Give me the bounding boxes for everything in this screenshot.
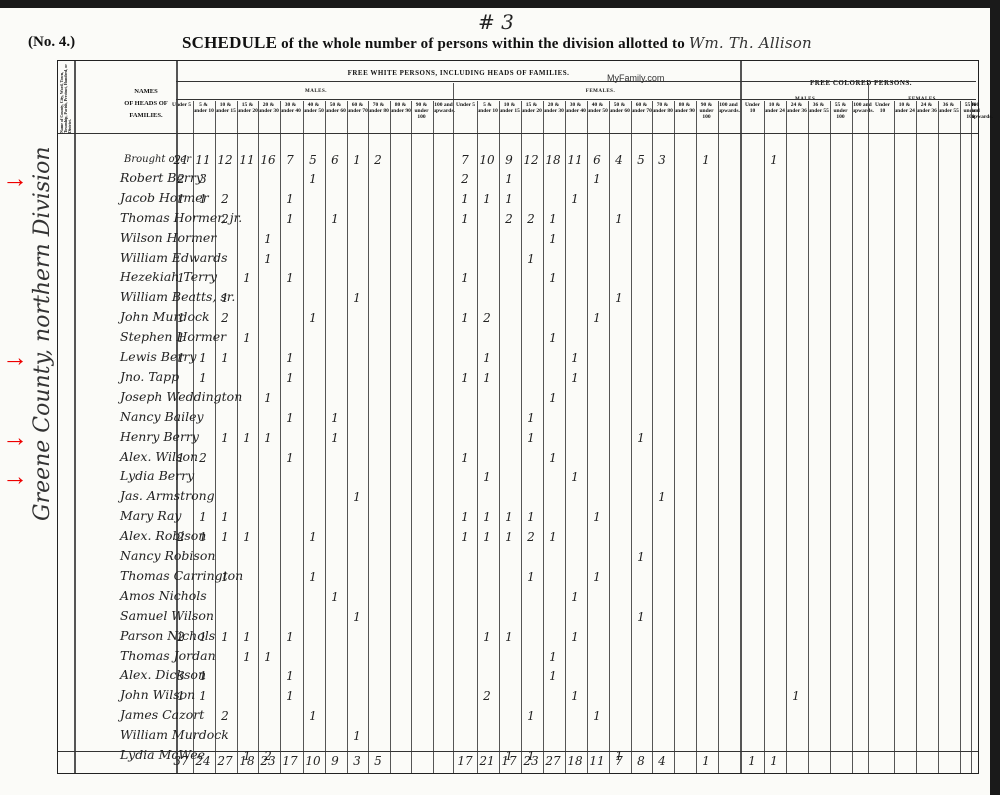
- count-cell: 2: [171, 172, 191, 186]
- count-cell: 2: [171, 630, 191, 644]
- count-cell: 1: [455, 530, 475, 544]
- count-cell: 1: [543, 451, 563, 465]
- schedule-table: Name of County, City, Ward, Town, Townsh…: [57, 60, 979, 774]
- count-cell: 12: [521, 153, 541, 167]
- count-cell: 1: [171, 311, 191, 325]
- age-column-header: 100 and upwards.: [433, 102, 454, 132]
- count-cell: 5: [631, 153, 651, 167]
- age-column-header: Under 10: [872, 102, 893, 132]
- column-rule: [938, 101, 939, 773]
- count-cell: 17: [499, 754, 519, 768]
- count-cell: 3: [171, 669, 191, 683]
- count-cell: 1: [543, 271, 563, 285]
- count-cell: 6: [587, 153, 607, 167]
- count-cell: 27: [215, 754, 235, 768]
- count-cell: 1: [303, 172, 323, 186]
- count-cell: 1: [215, 351, 235, 365]
- count-cell: 1: [499, 530, 519, 544]
- red-arrow-icon: →: [2, 169, 28, 189]
- count-cell: 1: [565, 470, 585, 484]
- count-cell: 1: [521, 431, 541, 445]
- age-column-header: 55 & under 100: [830, 102, 851, 132]
- count-cell: 2: [215, 212, 235, 226]
- count-cell: 1: [280, 271, 300, 285]
- count-cell: 1: [455, 271, 475, 285]
- enumerator-name: Wm. Th. Allison: [689, 34, 812, 52]
- count-cell: 1: [280, 630, 300, 644]
- column-rule: [740, 61, 742, 773]
- count-cell: 1: [347, 291, 367, 305]
- count-cell: 1: [171, 192, 191, 206]
- count-cell: 3: [193, 172, 213, 186]
- age-column-header: 60 & under 70: [631, 102, 652, 132]
- column-rule: [696, 101, 697, 773]
- title-prefix: SCHEDULE: [182, 33, 277, 52]
- count-cell: 1: [193, 689, 213, 703]
- count-cell: 1: [455, 192, 475, 206]
- white-females-header: FEMALES.: [458, 89, 743, 94]
- count-cell: 1: [258, 252, 278, 266]
- count-cell: 3: [347, 754, 367, 768]
- names-header-title: NAMES: [118, 86, 174, 98]
- count-cell: 1: [303, 530, 323, 544]
- count-cell: 1: [786, 689, 806, 703]
- count-cell: 1: [455, 371, 475, 385]
- count-cell: 11: [565, 153, 585, 167]
- count-cell: 1: [193, 371, 213, 385]
- count-cell: 7: [455, 153, 475, 167]
- count-cell: 11: [587, 754, 607, 768]
- count-cell: 1: [587, 570, 607, 584]
- count-cell: 9: [499, 153, 519, 167]
- count-cell: 2: [368, 153, 388, 167]
- head-of-family-name: Samuel Wilson: [120, 608, 214, 623]
- count-cell: 1: [215, 530, 235, 544]
- count-cell: 1: [477, 470, 497, 484]
- count-cell: 2: [215, 192, 235, 206]
- column-rule: [652, 101, 653, 773]
- column-rule: [453, 83, 454, 773]
- count-cell: 2: [499, 212, 519, 226]
- count-cell: 23: [521, 754, 541, 768]
- count-cell: 1: [764, 153, 784, 167]
- head-of-family-name: Nancy Bailey: [120, 409, 204, 424]
- count-cell: 1: [543, 650, 563, 664]
- count-cell: 1: [565, 590, 585, 604]
- count-cell: 1: [696, 754, 716, 768]
- head-of-family-name: James Cazort: [120, 707, 204, 722]
- age-column-header: 30 & under 40: [565, 102, 586, 132]
- count-cell: 1: [543, 212, 563, 226]
- count-cell: 1: [171, 351, 191, 365]
- district-vertical-text: Greene County, northern Division: [30, 146, 55, 521]
- count-cell: 1: [347, 610, 367, 624]
- count-cell: 4: [652, 754, 672, 768]
- count-cell: 2: [455, 172, 475, 186]
- white-males-header: MALES.: [176, 89, 456, 94]
- count-cell: 2: [477, 689, 497, 703]
- count-cell: 1: [521, 252, 541, 266]
- count-cell: 1: [499, 630, 519, 644]
- count-cell: 1: [280, 669, 300, 683]
- column-rule: [368, 101, 369, 773]
- count-cell: 3: [652, 153, 672, 167]
- count-cell: 1: [543, 530, 563, 544]
- count-cell: 17: [280, 754, 300, 768]
- count-cell: 1: [742, 754, 762, 768]
- count-cell: 1: [303, 709, 323, 723]
- count-cell: 1: [565, 689, 585, 703]
- count-cell: 1: [325, 431, 345, 445]
- count-cell: 24: [193, 754, 213, 768]
- count-cell: 1: [280, 212, 300, 226]
- count-cell: 1: [280, 451, 300, 465]
- count-cell: 1: [347, 729, 367, 743]
- head-of-family-name: Jno. Tapp: [120, 369, 179, 384]
- column-rule: [390, 101, 391, 773]
- count-cell: 1: [477, 530, 497, 544]
- count-cell: 1: [258, 391, 278, 405]
- column-rule: [718, 101, 719, 773]
- column-rule: [411, 101, 412, 773]
- count-cell: 11: [237, 153, 257, 167]
- age-column-header: Under 5: [171, 102, 192, 132]
- head-of-family-name: Nancy Robison: [120, 548, 215, 563]
- column-rule: [764, 101, 765, 773]
- count-cell: 1: [543, 232, 563, 246]
- count-cell: 1: [193, 669, 213, 683]
- head-of-family-name: Lydia Berry: [120, 468, 194, 483]
- count-cell: 1: [652, 490, 672, 504]
- count-cell: 1: [631, 550, 651, 564]
- count-cell: 5: [368, 754, 388, 768]
- count-cell: 1: [587, 172, 607, 186]
- count-cell: 1: [521, 709, 541, 723]
- count-cell: 1: [477, 630, 497, 644]
- count-cell: 1: [171, 271, 191, 285]
- count-cell: 2: [171, 530, 191, 544]
- count-cell: 1: [325, 212, 345, 226]
- count-cell: 1: [280, 351, 300, 365]
- schedule-title: SCHEDULE of the whole number of persons …: [182, 33, 812, 53]
- count-cell: 1: [631, 431, 651, 445]
- count-cell: 2: [193, 451, 213, 465]
- column-rule: [852, 101, 853, 773]
- age-column-header: 40 & under 50: [303, 102, 324, 132]
- age-column-header: 5 & under 10: [477, 102, 498, 132]
- scan-edge-top: [0, 0, 1000, 8]
- count-cell: 1: [631, 610, 651, 624]
- form-number: (No. 4.): [28, 34, 75, 51]
- count-cell: 1: [215, 570, 235, 584]
- count-cell: 1: [237, 271, 257, 285]
- count-cell: 7: [280, 153, 300, 167]
- count-cell: 12: [215, 153, 235, 167]
- count-cell: 18: [237, 754, 257, 768]
- count-cell: 1: [303, 570, 323, 584]
- count-cell: 1: [543, 331, 563, 345]
- count-cell: 1: [499, 192, 519, 206]
- count-cell: 1: [521, 411, 541, 425]
- age-column-header: 100 and upwards.: [718, 102, 739, 132]
- count-cell: 21: [171, 153, 191, 167]
- count-cell: 2: [215, 709, 235, 723]
- row-rule: [58, 133, 978, 134]
- age-column-header: 90 & under 100: [411, 102, 432, 132]
- age-column-header: 80 & under 90: [390, 102, 411, 132]
- head-of-family-name: John Murdock: [120, 309, 210, 324]
- age-column-header: Under 10: [742, 102, 763, 132]
- count-cell: 1: [455, 311, 475, 325]
- count-cell: 1: [280, 371, 300, 385]
- count-cell: 1: [237, 431, 257, 445]
- count-cell: 2: [215, 311, 235, 325]
- column-rule: [587, 101, 588, 773]
- count-cell: 1: [455, 451, 475, 465]
- head-of-family-name: Henry Berry: [120, 429, 199, 444]
- head-of-family-name: Mary Ray: [120, 508, 181, 523]
- count-cell: 10: [477, 153, 497, 167]
- age-column-header: 80 & under 90: [674, 102, 695, 132]
- count-cell: 2: [477, 311, 497, 325]
- head-of-family-name: Joseph Weddington: [120, 389, 242, 404]
- page-mark: # 3: [478, 10, 514, 34]
- count-cell: 1: [237, 530, 257, 544]
- head-of-family-name: Thomas Jordan: [120, 648, 216, 663]
- red-arrow-icon: →: [2, 467, 28, 487]
- age-column-header: 30 & under 40: [280, 102, 301, 132]
- age-column-header: 50 & under 60: [609, 102, 630, 132]
- count-cell: 1: [609, 212, 629, 226]
- count-cell: 1: [237, 650, 257, 664]
- watermark: MyFamily.com: [607, 73, 664, 83]
- count-cell: 1: [565, 630, 585, 644]
- count-cell: 1: [696, 153, 716, 167]
- column-rule: [971, 101, 972, 773]
- count-cell: 1: [280, 689, 300, 703]
- age-column-header: 90 & under 100: [696, 102, 717, 132]
- count-cell: 1: [543, 669, 563, 683]
- count-cell: 1: [587, 311, 607, 325]
- count-cell: 1: [237, 630, 257, 644]
- count-cell: 5: [303, 153, 323, 167]
- count-cell: 1: [477, 192, 497, 206]
- district-header: Name of County, City, Ward, Town, Townsh…: [60, 63, 72, 133]
- head-of-family-name: William Edwards: [120, 250, 228, 265]
- age-column-header: 40 & under 50: [587, 102, 608, 132]
- count-cell: 7: [609, 754, 629, 768]
- count-cell: 1: [499, 510, 519, 524]
- count-cell: 1: [477, 371, 497, 385]
- column-rule: [868, 83, 869, 773]
- age-column-header: 10 & under 15: [499, 102, 520, 132]
- count-cell: 1: [587, 510, 607, 524]
- count-cell: 1: [171, 331, 191, 345]
- count-cell: 1: [609, 291, 629, 305]
- count-cell: 10: [303, 754, 323, 768]
- column-rule: [303, 101, 304, 773]
- age-column-header: 36 & under 55: [808, 102, 829, 132]
- count-cell: 1: [280, 192, 300, 206]
- column-rule: [830, 101, 831, 773]
- age-column-header: 10 & under 15: [215, 102, 236, 132]
- count-cell: 1: [193, 351, 213, 365]
- count-cell: 1: [521, 570, 541, 584]
- names-header: NAMES OF HEADS OF FAMILIES.: [118, 86, 174, 122]
- count-cell: 1: [258, 232, 278, 246]
- count-cell: 18: [543, 153, 563, 167]
- count-cell: 1: [215, 431, 235, 445]
- count-cell: 1: [565, 192, 585, 206]
- count-cell: 1: [325, 590, 345, 604]
- count-cell: 1: [499, 172, 519, 186]
- age-column-header: 100 and upwards.: [852, 102, 873, 132]
- column-rule: [916, 101, 917, 773]
- count-cell: 21: [477, 754, 497, 768]
- count-cell: 27: [543, 754, 563, 768]
- count-cell: 1: [347, 153, 367, 167]
- count-cell: 1: [193, 630, 213, 644]
- count-cell: 1: [215, 630, 235, 644]
- column-rule: [609, 101, 610, 773]
- red-arrow-icon: →: [2, 348, 28, 368]
- count-cell: 1: [171, 689, 191, 703]
- count-cell: 1: [565, 351, 585, 365]
- count-cell: 4: [609, 153, 629, 167]
- age-column-header: 24 & under 36: [786, 102, 807, 132]
- head-of-family-name: Wilson Hormer: [120, 230, 216, 245]
- count-cell: 1: [565, 371, 585, 385]
- count-cell: 1: [477, 510, 497, 524]
- count-cell: 9: [325, 754, 345, 768]
- age-column-header: 20 & under 30: [543, 102, 564, 132]
- count-cell: 1: [215, 510, 235, 524]
- count-cell: 2: [521, 530, 541, 544]
- column-rule: [786, 101, 787, 773]
- column-rule: [347, 101, 348, 773]
- column-rule: [894, 101, 895, 773]
- red-arrow-icon: →: [2, 428, 28, 448]
- column-rule: [74, 61, 76, 773]
- head-of-family-name: Hezekiah Terry: [120, 269, 217, 284]
- age-column-header: 60 & under 70: [347, 102, 368, 132]
- count-cell: 1: [193, 510, 213, 524]
- head-of-family-name: Amos Nichols: [120, 588, 207, 603]
- count-cell: 1: [258, 431, 278, 445]
- count-cell: 1: [193, 192, 213, 206]
- count-cell: 23: [258, 754, 278, 768]
- count-cell: 37: [171, 754, 191, 768]
- age-column-header: 24 & under 36: [916, 102, 937, 132]
- age-column-header: 70 & under 80: [368, 102, 389, 132]
- census-page: (No. 4.) # 3 SCHEDULE of the whole numbe…: [0, 0, 1000, 795]
- age-column-header: 100 and upwards.: [971, 102, 979, 132]
- age-column-header: Under 5: [455, 102, 476, 132]
- count-cell: 18: [565, 754, 585, 768]
- age-column-header: 20 & under 30: [258, 102, 279, 132]
- column-rule: [433, 101, 434, 773]
- age-column-header: 15 & under 20: [521, 102, 542, 132]
- count-cell: 1: [193, 530, 213, 544]
- column-rule: [808, 101, 809, 773]
- head-of-family-name: William Murdock: [120, 727, 229, 742]
- count-cell: 1: [455, 212, 475, 226]
- count-cell: 1: [325, 411, 345, 425]
- count-cell: 17: [455, 754, 475, 768]
- age-column-header: 10 & under 24: [894, 102, 915, 132]
- count-cell: 1: [521, 510, 541, 524]
- count-cell: 11: [193, 153, 213, 167]
- count-cell: 1: [237, 331, 257, 345]
- age-column-header: 50 & under 60: [325, 102, 346, 132]
- count-cell: 1: [347, 490, 367, 504]
- count-cell: 1: [171, 451, 191, 465]
- count-cell: 6: [325, 153, 345, 167]
- count-cell: 1: [303, 311, 323, 325]
- count-cell: 1: [764, 754, 784, 768]
- count-cell: 1: [280, 411, 300, 425]
- age-column-header: 70 & under 80: [652, 102, 673, 132]
- names-header-sub: OF HEADS OF FAMILIES.: [118, 98, 174, 122]
- age-column-header: 10 & under 24: [764, 102, 785, 132]
- head-of-family-name: Jas. Armstrong: [120, 488, 215, 503]
- count-cell: 1: [477, 351, 497, 365]
- count-cell: 16: [258, 153, 278, 167]
- column-rule: [960, 101, 961, 773]
- count-cell: 1: [455, 510, 475, 524]
- row-rule: [176, 99, 976, 100]
- column-rule: [674, 101, 675, 773]
- count-cell: 2: [521, 212, 541, 226]
- count-cell: 1: [543, 391, 563, 405]
- title-rest: of the whole number of persons within th…: [281, 36, 685, 52]
- row-rule: [176, 81, 976, 82]
- age-column-header: 5 & under 10: [193, 102, 214, 132]
- age-column-header: 15 & under 20: [237, 102, 258, 132]
- count-cell: 1: [258, 650, 278, 664]
- count-cell: 1: [587, 709, 607, 723]
- count-cell: 8: [631, 754, 651, 768]
- count-cell: 1: [215, 291, 235, 305]
- age-column-header: 36 & under 55: [938, 102, 959, 132]
